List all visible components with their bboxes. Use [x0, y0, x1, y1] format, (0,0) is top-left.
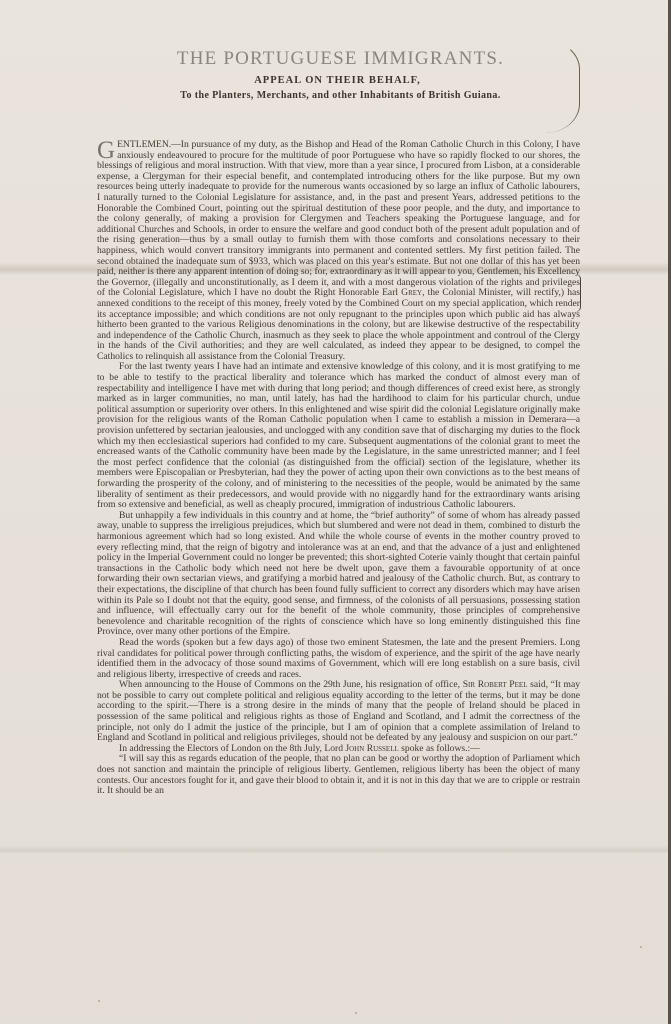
paper-speck: [355, 1012, 357, 1014]
paragraph: GENTLEMEN.—In pursuance of my duty, as t…: [97, 140, 580, 362]
document-page: THE PORTUGUESE IMMIGRANTS. APPEAL ON THE…: [0, 0, 668, 1024]
paragraph: But unhappily a few individuals in this …: [97, 511, 580, 638]
handwritten-bracket-mark: [545, 40, 580, 133]
person-name: Sir Robert Peel: [463, 679, 528, 690]
paper-speck: [98, 1000, 100, 1002]
document-body: GENTLEMEN.—In pursuance of my duty, as t…: [97, 140, 580, 797]
person-name: Grey: [401, 287, 422, 298]
paragraph: For the last twenty years I have had an …: [97, 362, 580, 510]
paper-speck: [640, 946, 642, 948]
paragraph: “I will say this as regards education of…: [97, 754, 580, 796]
person-name: John Russell: [345, 743, 398, 754]
salutation: ENTLEMEN.: [117, 139, 171, 150]
paragraph: Read the words (spoken but a few days ag…: [97, 638, 580, 680]
paragraph: When announcing to the House of Commons …: [97, 680, 580, 744]
paper-fold: [0, 845, 668, 855]
drop-cap: G: [97, 141, 115, 161]
